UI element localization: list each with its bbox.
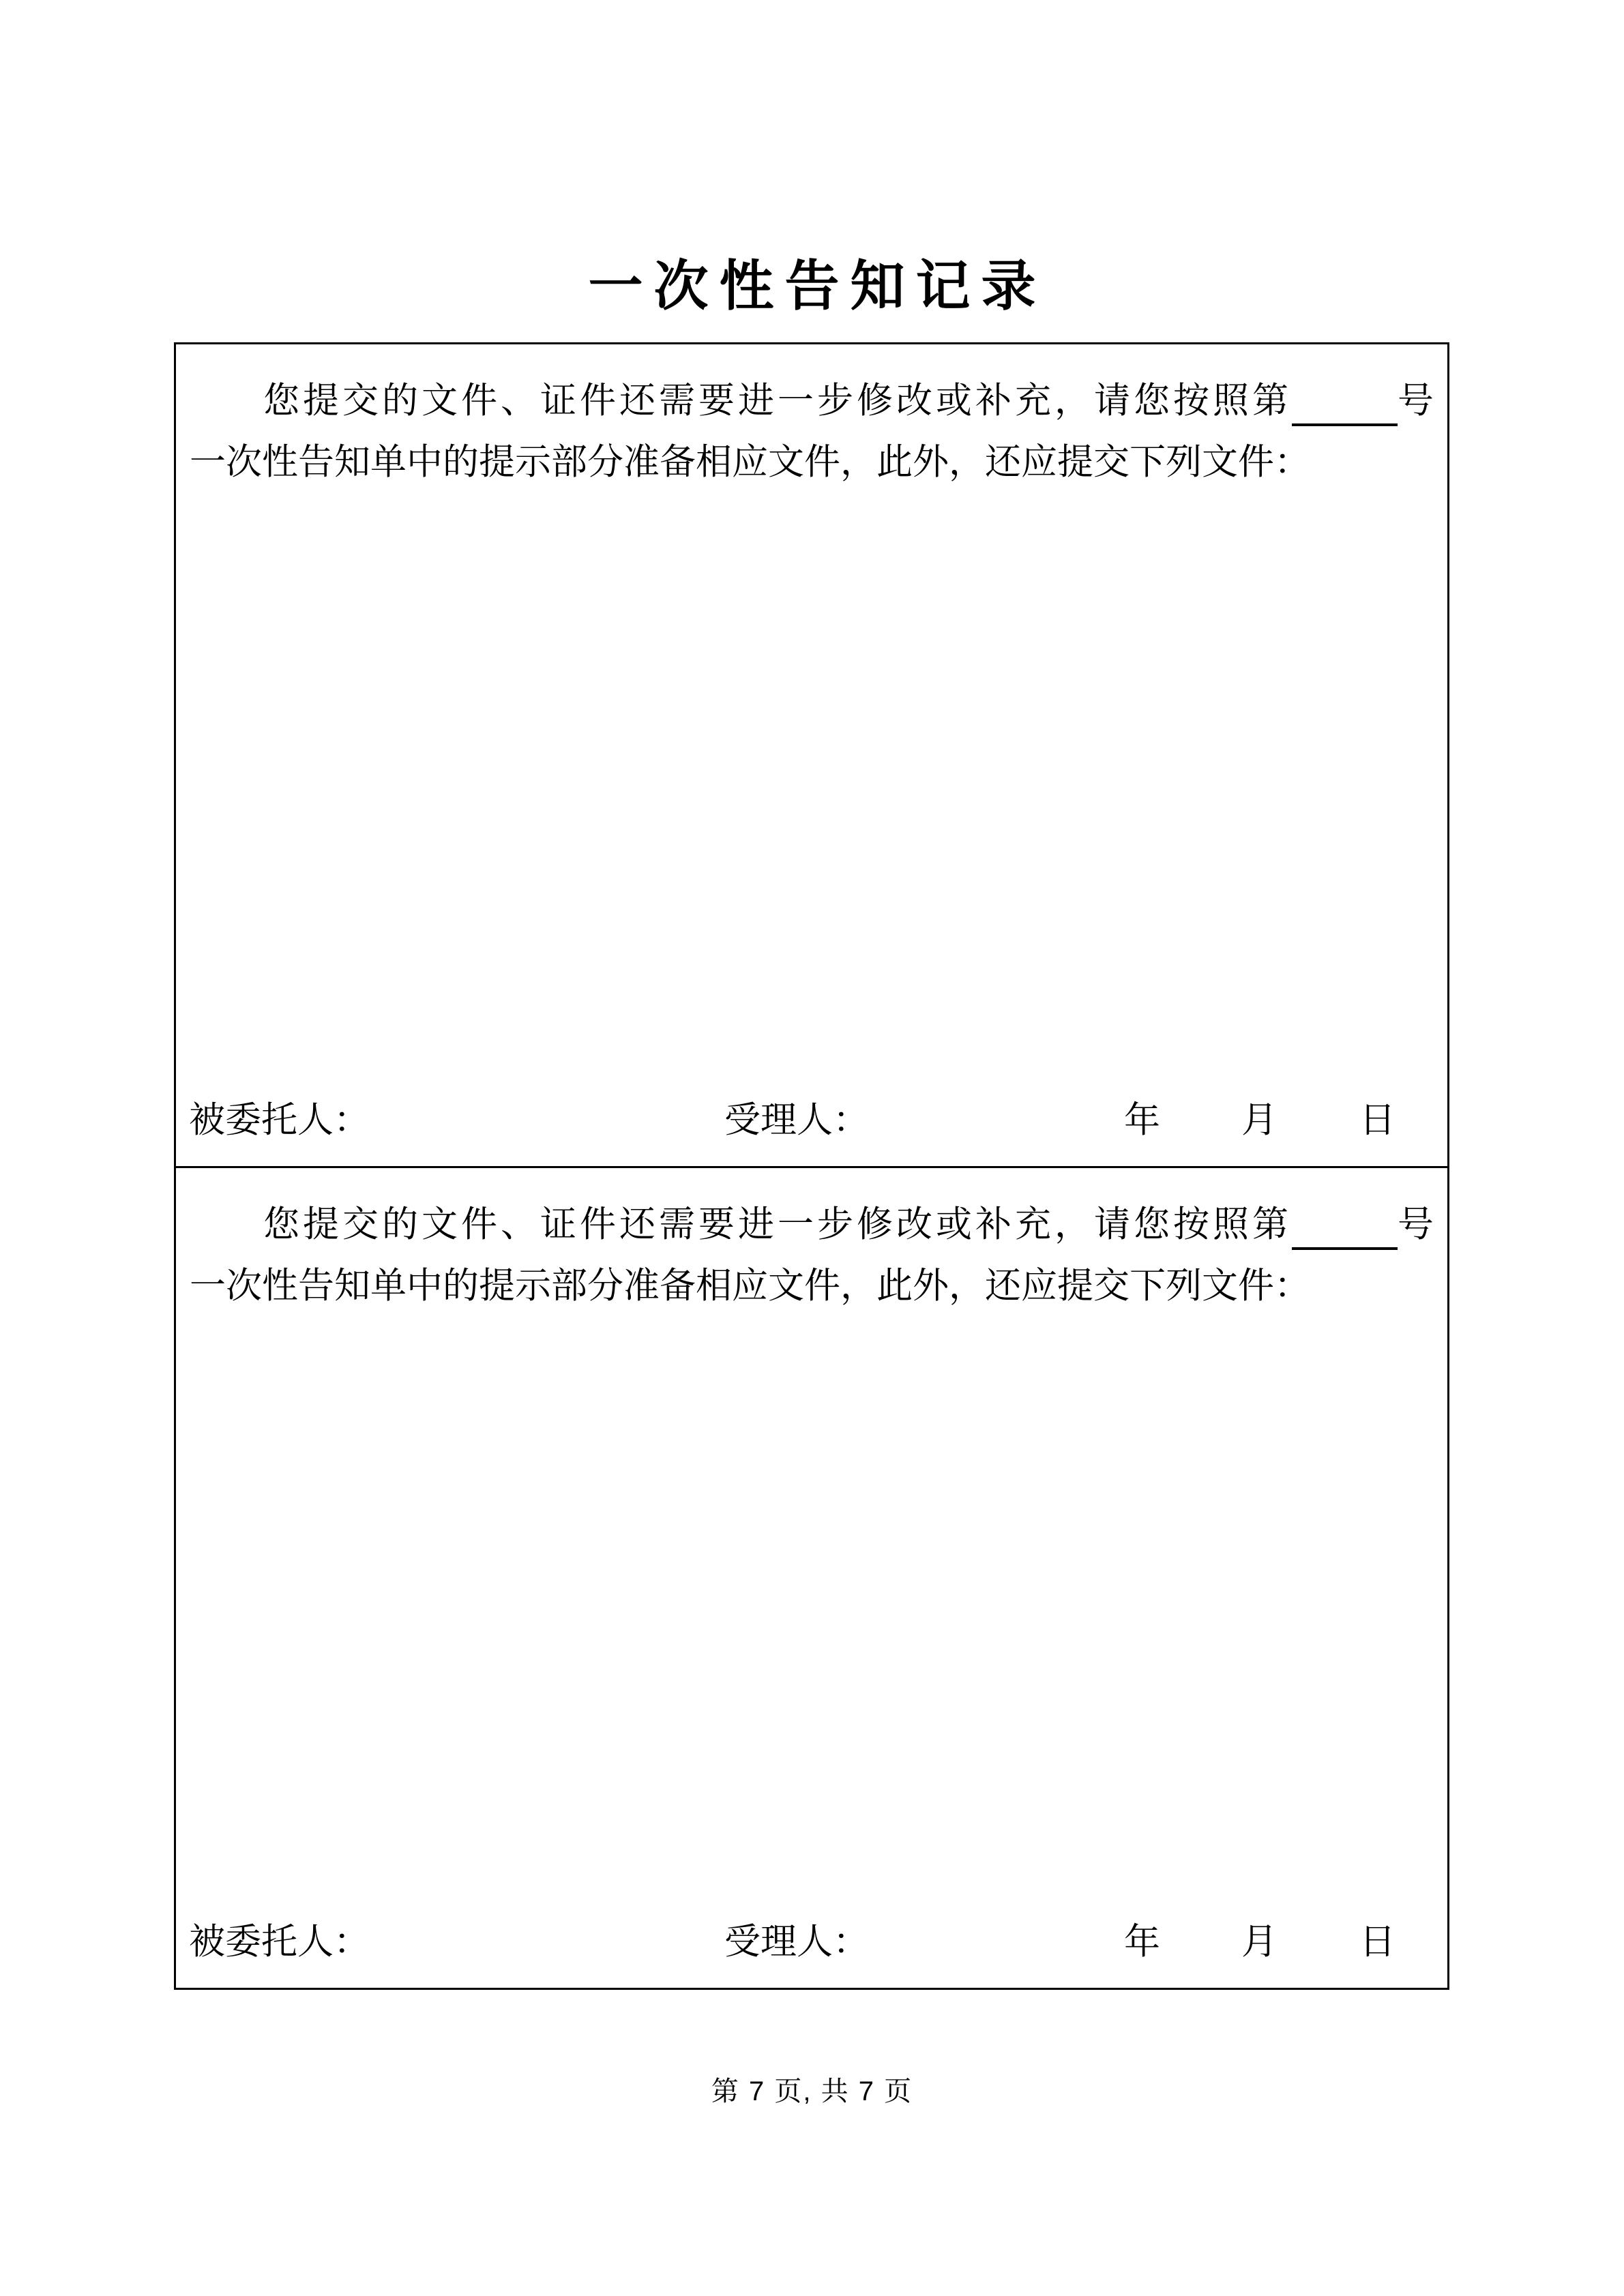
date-day-label: 日 xyxy=(1359,1911,1396,1973)
paragraph-line-1: 您提交的文件、证件还需要进一步修改或补充，请您按照第 号 xyxy=(190,370,1434,432)
paragraph-line-2: 一次性告知单中的提示部分准备相应文件，此外，还应提交下列文件： xyxy=(190,432,1434,493)
paragraph-line-2: 一次性告知单中的提示部分准备相应文件，此外，还应提交下列文件： xyxy=(190,1255,1434,1317)
acceptor-label: 受理人： xyxy=(724,1090,869,1151)
paragraph-lead-text: 您提交的文件、证件还需要进一步修改或补充，请您按照第 xyxy=(190,1194,1292,1255)
document-page: { "page": { "title": "一次性告知记录", "footer"… xyxy=(0,0,1624,2296)
date-month-label: 月 xyxy=(1241,1090,1278,1151)
page-title: 一次性告知记录 xyxy=(0,0,1624,319)
date-year-label: 年 xyxy=(1124,1911,1160,1973)
paragraph-tail-text: 号 xyxy=(1398,1194,1434,1255)
paragraph-tail-text: 号 xyxy=(1398,370,1434,432)
paragraph-lead-text: 您提交的文件、证件还需要进一步修改或补充，请您按照第 xyxy=(190,370,1292,432)
page-number-footer: 第 7 页, 共 7 页 xyxy=(0,2075,1624,2108)
date-day-label: 日 xyxy=(1359,1090,1396,1151)
signature-row: 被委托人： 受理人： 年 月 日 xyxy=(176,1911,1447,1973)
notice-table: 您提交的文件、证件还需要进一步修改或补充，请您按照第 号 一次性告知单中的提示部… xyxy=(174,342,1449,1990)
acceptor-label: 受理人： xyxy=(724,1911,869,1973)
entrusted-person-label: 被委托人： xyxy=(189,1090,370,1151)
signature-row: 被委托人： 受理人： 年 月 日 xyxy=(176,1090,1447,1151)
notice-paragraph: 您提交的文件、证件还需要进一步修改或补充，请您按照第 号 一次性告知单中的提示部… xyxy=(190,370,1434,493)
date-month-label: 月 xyxy=(1241,1911,1278,1973)
paragraph-line-1: 您提交的文件、证件还需要进一步修改或补充，请您按照第 号 xyxy=(190,1194,1434,1255)
notice-paragraph: 您提交的文件、证件还需要进一步修改或补充，请您按照第 号 一次性告知单中的提示部… xyxy=(190,1194,1434,1317)
blank-number-field[interactable] xyxy=(1292,1194,1398,1250)
blank-number-field[interactable] xyxy=(1292,370,1398,426)
notice-section-2: 您提交的文件、证件还需要进一步修改或补充，请您按照第 号 一次性告知单中的提示部… xyxy=(176,1166,1447,1988)
entrusted-person-label: 被委托人： xyxy=(189,1911,370,1973)
notice-section-1: 您提交的文件、证件还需要进一步修改或补充，请您按照第 号 一次性告知单中的提示部… xyxy=(176,344,1447,1166)
date-year-label: 年 xyxy=(1124,1090,1160,1151)
